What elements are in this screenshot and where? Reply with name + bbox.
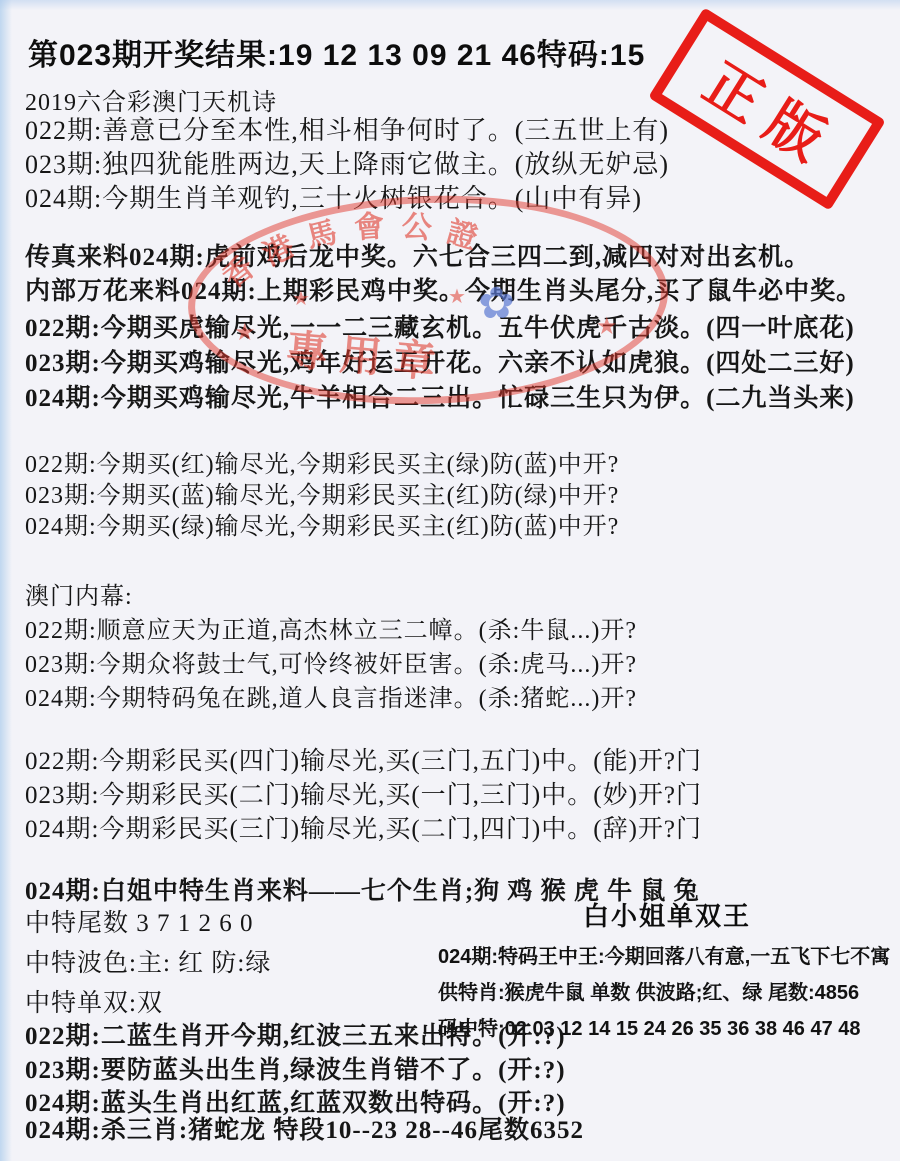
door-line-022: 022期:今期彩民买(四门)输尽光,买(三门,五门)中。(能)开?门 xyxy=(25,741,702,777)
star-icon: ★ xyxy=(234,318,256,347)
bottom-line-023: 023期:要防蓝头出生肖,绿波生肖错不了。(开:?) xyxy=(25,1050,566,1086)
tianji-line-022: 022期:善意已分至本性,相斗相争何时了。(三五世上有) xyxy=(25,110,669,147)
tianji-line-023: 023期:独四犹能胜两边,天上降雨它做主。(放纵无妒忌) xyxy=(25,144,669,181)
macau-line-022: 022期:顺意应天为正道,高杰林立三二幛。(杀:牛鼠...)开? xyxy=(25,610,637,645)
stat-parity: 中特单双:双 xyxy=(25,983,163,1019)
page-title: 第023期开奖结果:19 12 13 09 21 46特码:15 xyxy=(28,30,645,74)
star-icon: ★ xyxy=(292,286,310,311)
stat-tail-numbers: 中特尾数 3 7 1 2 6 0 xyxy=(25,903,254,939)
color-line-023: 023期:今期买(蓝)输尽光,今期彩民买主(红)防(绿)中开? xyxy=(25,475,619,510)
macau-line-024: 024期:今期特码兔在跳,道人良言指迷津。(杀:猪蛇...)开? xyxy=(25,678,637,713)
color-line-024: 024期:今期买(绿)输尽光,今期彩民买主(红)防(蓝)中开? xyxy=(25,506,619,541)
door-line-023: 023期:今期彩民买(二门)输尽光,买(一门,三门)中。(妙)开?门 xyxy=(25,775,702,811)
star-icon: ★ xyxy=(596,312,618,341)
seal-arc-char: 會 xyxy=(353,201,386,247)
flower-emblem-icon: ✿ xyxy=(478,278,515,329)
genuine-stamp: 正版 xyxy=(648,7,886,210)
scan-edge-left xyxy=(0,0,12,1161)
door-line-024: 024期:今期彩民买(三门)输尽光,买(二门,四门)中。(辞)开?门 xyxy=(25,809,702,845)
star-icon: ★ xyxy=(448,284,466,309)
queen-line-2: 供特肖:猴虎牛鼠 单数 供波路;红、绿 尾数:4856 xyxy=(438,976,896,1005)
scan-edge-top xyxy=(0,0,900,10)
macau-header: 澳门内幕: xyxy=(25,576,133,611)
macau-line-023: 023期:今期众将鼓士气,可怜终被奸臣害。(杀:虎马...)开? xyxy=(25,644,637,679)
color-line-022: 022期:今期买(红)输尽光,今期彩民买主(绿)防(蓝)中开? xyxy=(25,444,619,479)
bottom-line-kill: 024期:杀三肖:猪蛇龙 特段10--23 28--46尾数6352 xyxy=(25,1110,584,1146)
bottom-line-022: 022期:二蓝生肖开今期,红波三五来出特。(开:?) xyxy=(25,1016,566,1052)
stat-wave-color: 中特波色:主: 红 防:绿 xyxy=(25,943,271,979)
queen-line-1: 024期:特码王中王:今期回落八有意,一五飞下七不寓 xyxy=(438,940,896,969)
queen-title: 白小姐单双王 xyxy=(438,896,896,933)
seal-arc-char: 公 xyxy=(400,201,434,248)
lottery-tip-sheet: { "page": { "title": "第023期开奖结果:19 12 13… xyxy=(0,0,900,1161)
